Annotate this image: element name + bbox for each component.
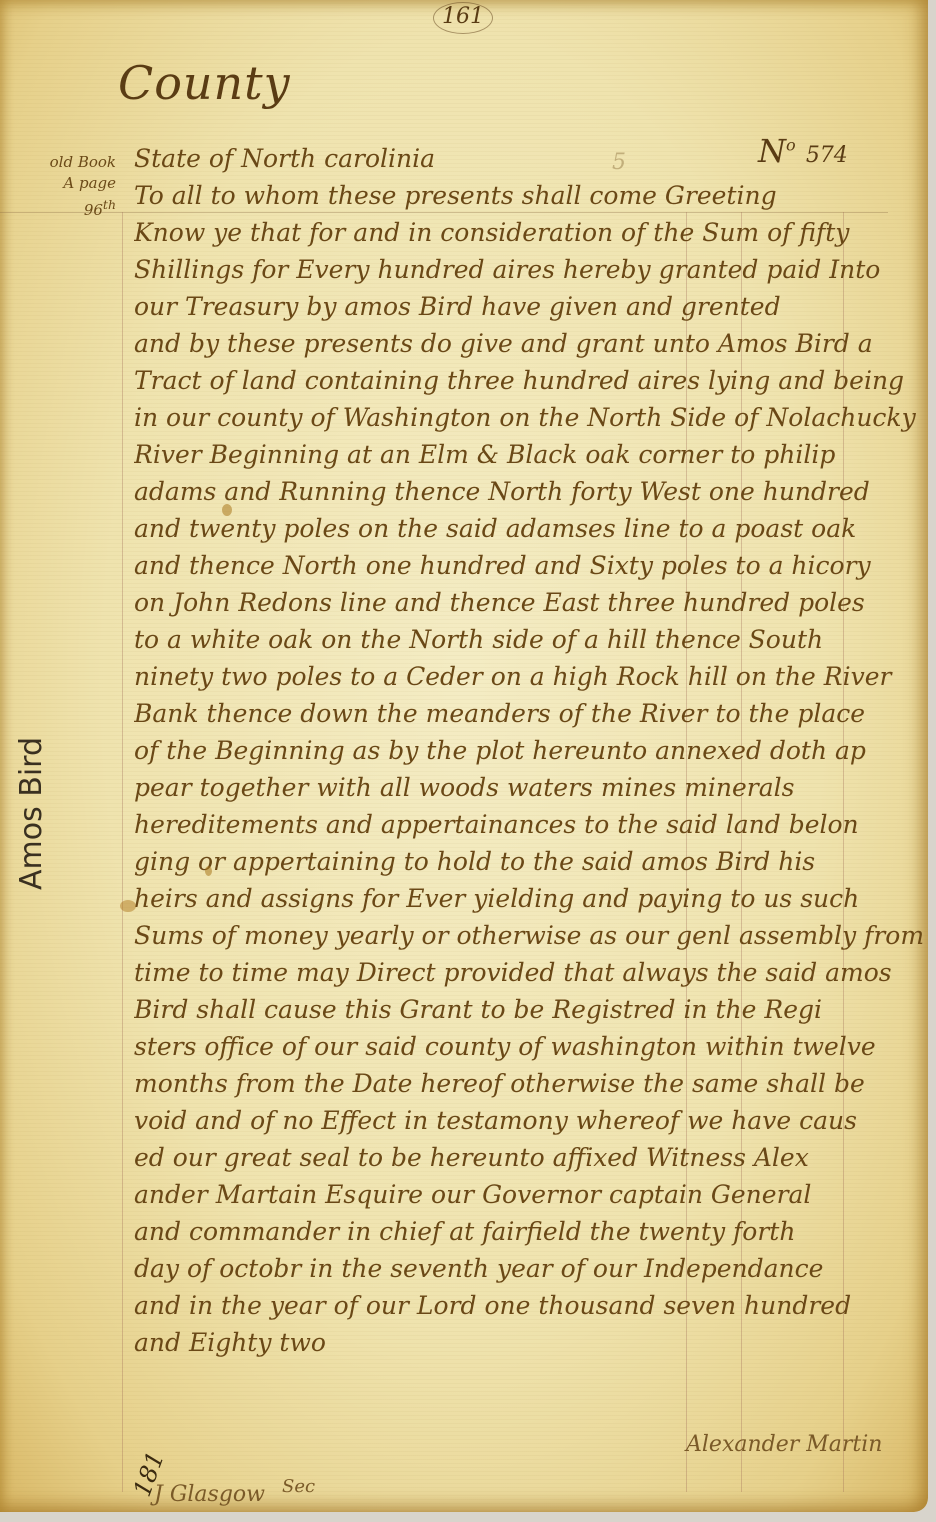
text-line: Know ye that for and in consideration of… bbox=[134, 214, 934, 251]
text-line: and commander in chief at fairfield the … bbox=[134, 1213, 934, 1250]
text-line: in our county of Washington on the North… bbox=[134, 399, 934, 436]
text-line: of the Beginning as by the plot hereunto… bbox=[134, 732, 934, 769]
margin-reference: old Book A page 96th bbox=[20, 152, 116, 221]
text-line: our Treasury by amos Bird have given and… bbox=[134, 288, 934, 325]
text-line: Shillings for Every hundred aires hereby… bbox=[134, 251, 934, 288]
margin-reference-suffix: th bbox=[103, 197, 116, 212]
text-line: and in the year of our Lord one thousand… bbox=[134, 1287, 934, 1324]
text-line: and Eighty two bbox=[134, 1324, 934, 1361]
text-line: pear together with all woods waters mine… bbox=[134, 769, 934, 806]
text-line: on John Redons line and thence East thre… bbox=[134, 584, 934, 621]
governor-signature: Alexander Martin bbox=[686, 1432, 882, 1457]
text-line: ninety two poles to a Ceder on a high Ro… bbox=[134, 658, 934, 695]
text-line: and by these presents do give and grant … bbox=[134, 325, 934, 362]
water-stain bbox=[120, 900, 136, 912]
county-heading: County bbox=[118, 56, 291, 110]
text-line: Bird shall cause this Grant to be Regist… bbox=[134, 991, 934, 1028]
text-line: months from the Date hereof otherwise th… bbox=[134, 1065, 934, 1102]
secretary-title: Sec bbox=[282, 1476, 315, 1497]
text-line: ander Martain Esquire our Governor capta… bbox=[134, 1176, 934, 1213]
page-number: 161 bbox=[433, 2, 493, 34]
text-line: ed our great seal to be hereunto affixed… bbox=[134, 1139, 934, 1176]
text-line: adams and Running thence North forty Wes… bbox=[134, 473, 934, 510]
text-line: hereditements and appertainances to the … bbox=[134, 806, 934, 843]
margin-reference-line: old Book bbox=[20, 152, 116, 173]
text-line: Sums of money yearly or otherwise as our… bbox=[134, 917, 934, 954]
secretary-signature: J Glasgow bbox=[154, 1482, 265, 1507]
document-page: 161 County 5 No 574 old Book A page 96th… bbox=[0, 0, 928, 1512]
margin-reference-page: 96 bbox=[84, 201, 103, 219]
margin-reference-line: 96th bbox=[20, 194, 116, 221]
margin-grantee-name: Amos Bird bbox=[14, 720, 54, 890]
text-line: to a white oak on the North side of a hi… bbox=[134, 621, 934, 658]
text-line: sters office of our said county of washi… bbox=[134, 1028, 934, 1065]
text-line: Tract of land containing three hundred a… bbox=[134, 362, 934, 399]
text-line: day of octobr in the seventh year of our… bbox=[134, 1250, 934, 1287]
margin-reference-line: A page bbox=[20, 173, 116, 194]
text-line: Bank thence down the meanders of the Riv… bbox=[134, 695, 934, 732]
text-line: time to time may Direct provided that al… bbox=[134, 954, 934, 991]
text-line: To all to whom these presents shall come… bbox=[134, 177, 934, 214]
ink-stain bbox=[205, 866, 212, 876]
margin-ruling-line bbox=[122, 212, 123, 1492]
text-line: heirs and assigns for Ever yielding and … bbox=[134, 880, 934, 917]
text-line: and thence North one hundred and Sixty p… bbox=[134, 547, 934, 584]
text-line: ging or appertaining to hold to the said… bbox=[134, 843, 934, 880]
text-line: and twenty poles on the said adamses lin… bbox=[134, 510, 934, 547]
text-line: void and of no Effect in testamony where… bbox=[134, 1102, 934, 1139]
text-line: State of North carolinia bbox=[134, 140, 934, 177]
text-line: River Beginning at an Elm & Black oak co… bbox=[134, 436, 934, 473]
grant-body-text: State of North carolinia To all to whom … bbox=[134, 140, 934, 1361]
ink-stain bbox=[222, 504, 232, 516]
